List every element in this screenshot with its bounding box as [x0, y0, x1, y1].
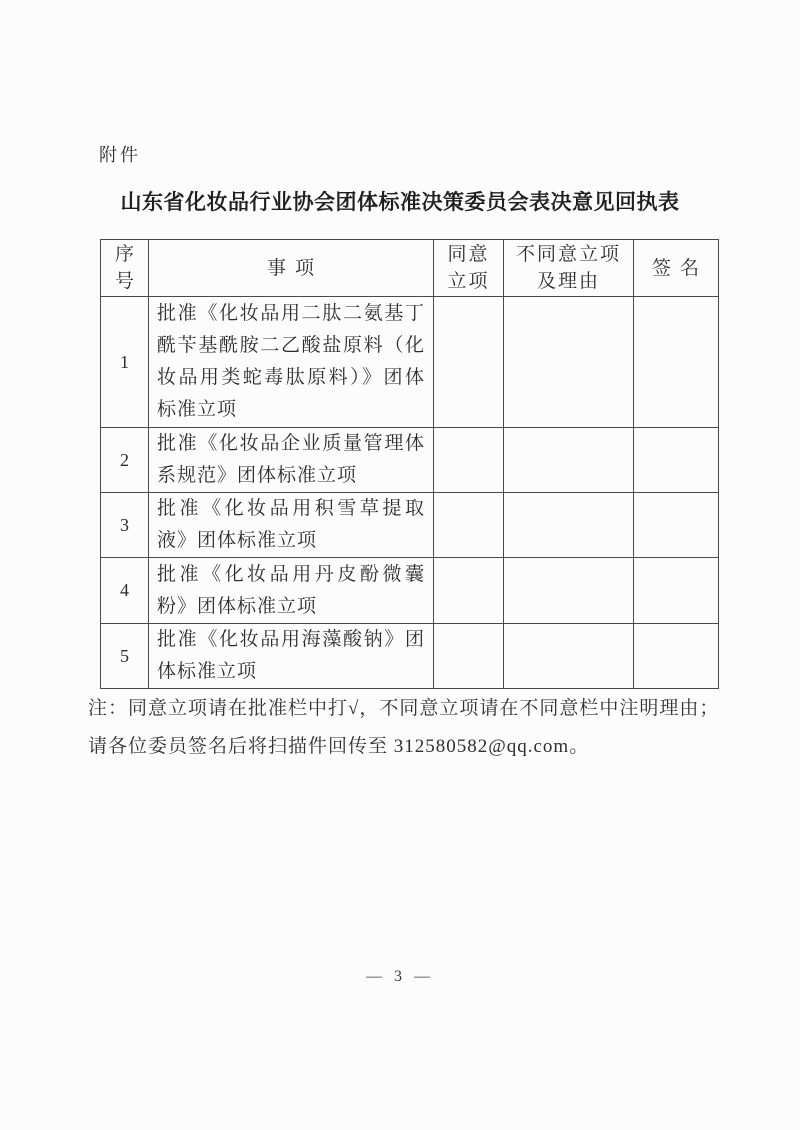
table-row: 3 批准《化妆品用积雪草提取液》团体标准立项 — [101, 493, 719, 558]
agree-cell — [434, 493, 504, 558]
disagree-cell — [504, 624, 634, 689]
agree-cell — [434, 558, 504, 624]
row-index-cell: 2 — [101, 428, 149, 493]
table-header-row: 序号 事项 同意立项 不同意立项及理由 签名 — [101, 240, 719, 297]
agree-cell — [434, 297, 504, 428]
agree-cell — [434, 624, 504, 689]
disagree-cell — [504, 493, 634, 558]
agree-cell — [434, 428, 504, 493]
document-page: 附件 山东省化妆品行业协会团体标准决策委员会表决意见回执表 序号 事项 同意立项… — [0, 0, 800, 1130]
disagree-cell — [504, 428, 634, 493]
signature-cell — [634, 624, 719, 689]
page-number: — 3 — — [0, 968, 800, 986]
row-item-cell: 批准《化妆品企业质量管理体系规范》团体标准立项 — [149, 428, 434, 493]
voting-table: 序号 事项 同意立项 不同意立项及理由 签名 1 批准《化妆品用二肽二氨基丁酰苄… — [100, 239, 719, 689]
row-index-cell: 4 — [101, 558, 149, 624]
table-row: 1 批准《化妆品用二肽二氨基丁酰苄基酰胺二乙酸盐原料（化妆品用类蛇毒肽原料）》团… — [101, 297, 719, 428]
header-signature: 签名 — [634, 240, 719, 297]
row-item-cell: 批准《化妆品用海藻酸钠》团体标准立项 — [149, 624, 434, 689]
header-index: 序号 — [101, 240, 149, 297]
footnotes: 注：同意立项请在批准栏中打√，不同意立项请在不同意栏中注明理由； 请各位委员签名… — [88, 695, 733, 771]
row-item-cell: 批准《化妆品用二肽二氨基丁酰苄基酰胺二乙酸盐原料（化妆品用类蛇毒肽原料）》团体标… — [149, 297, 434, 428]
page-title: 山东省化妆品行业协会团体标准决策委员会表决意见回执表 — [0, 186, 800, 216]
row-index-cell: 1 — [101, 297, 149, 428]
row-index-cell: 3 — [101, 493, 149, 558]
signature-cell — [634, 558, 719, 624]
row-index-cell: 5 — [101, 624, 149, 689]
attachment-label: 附件 — [99, 141, 141, 167]
header-disagree: 不同意立项及理由 — [504, 240, 634, 297]
header-agree: 同意立项 — [434, 240, 504, 297]
table-row: 5 批准《化妆品用海藻酸钠》团体标准立项 — [101, 624, 719, 689]
row-item-cell: 批准《化妆品用积雪草提取液》团体标准立项 — [149, 493, 434, 558]
row-item-cell: 批准《化妆品用丹皮酚微囊粉》团体标准立项 — [149, 558, 434, 624]
note-line-2: 请各位委员签名后将扫描件回传至 312580582@qq.com。 — [88, 733, 733, 761]
signature-cell — [634, 297, 719, 428]
signature-cell — [634, 493, 719, 558]
note-line-1: 注：同意立项请在批准栏中打√，不同意立项请在不同意栏中注明理由； — [88, 695, 733, 723]
table-row: 4 批准《化妆品用丹皮酚微囊粉》团体标准立项 — [101, 558, 719, 624]
signature-cell — [634, 428, 719, 493]
disagree-cell — [504, 558, 634, 624]
header-item: 事项 — [149, 240, 434, 297]
table-row: 2 批准《化妆品企业质量管理体系规范》团体标准立项 — [101, 428, 719, 493]
disagree-cell — [504, 297, 634, 428]
